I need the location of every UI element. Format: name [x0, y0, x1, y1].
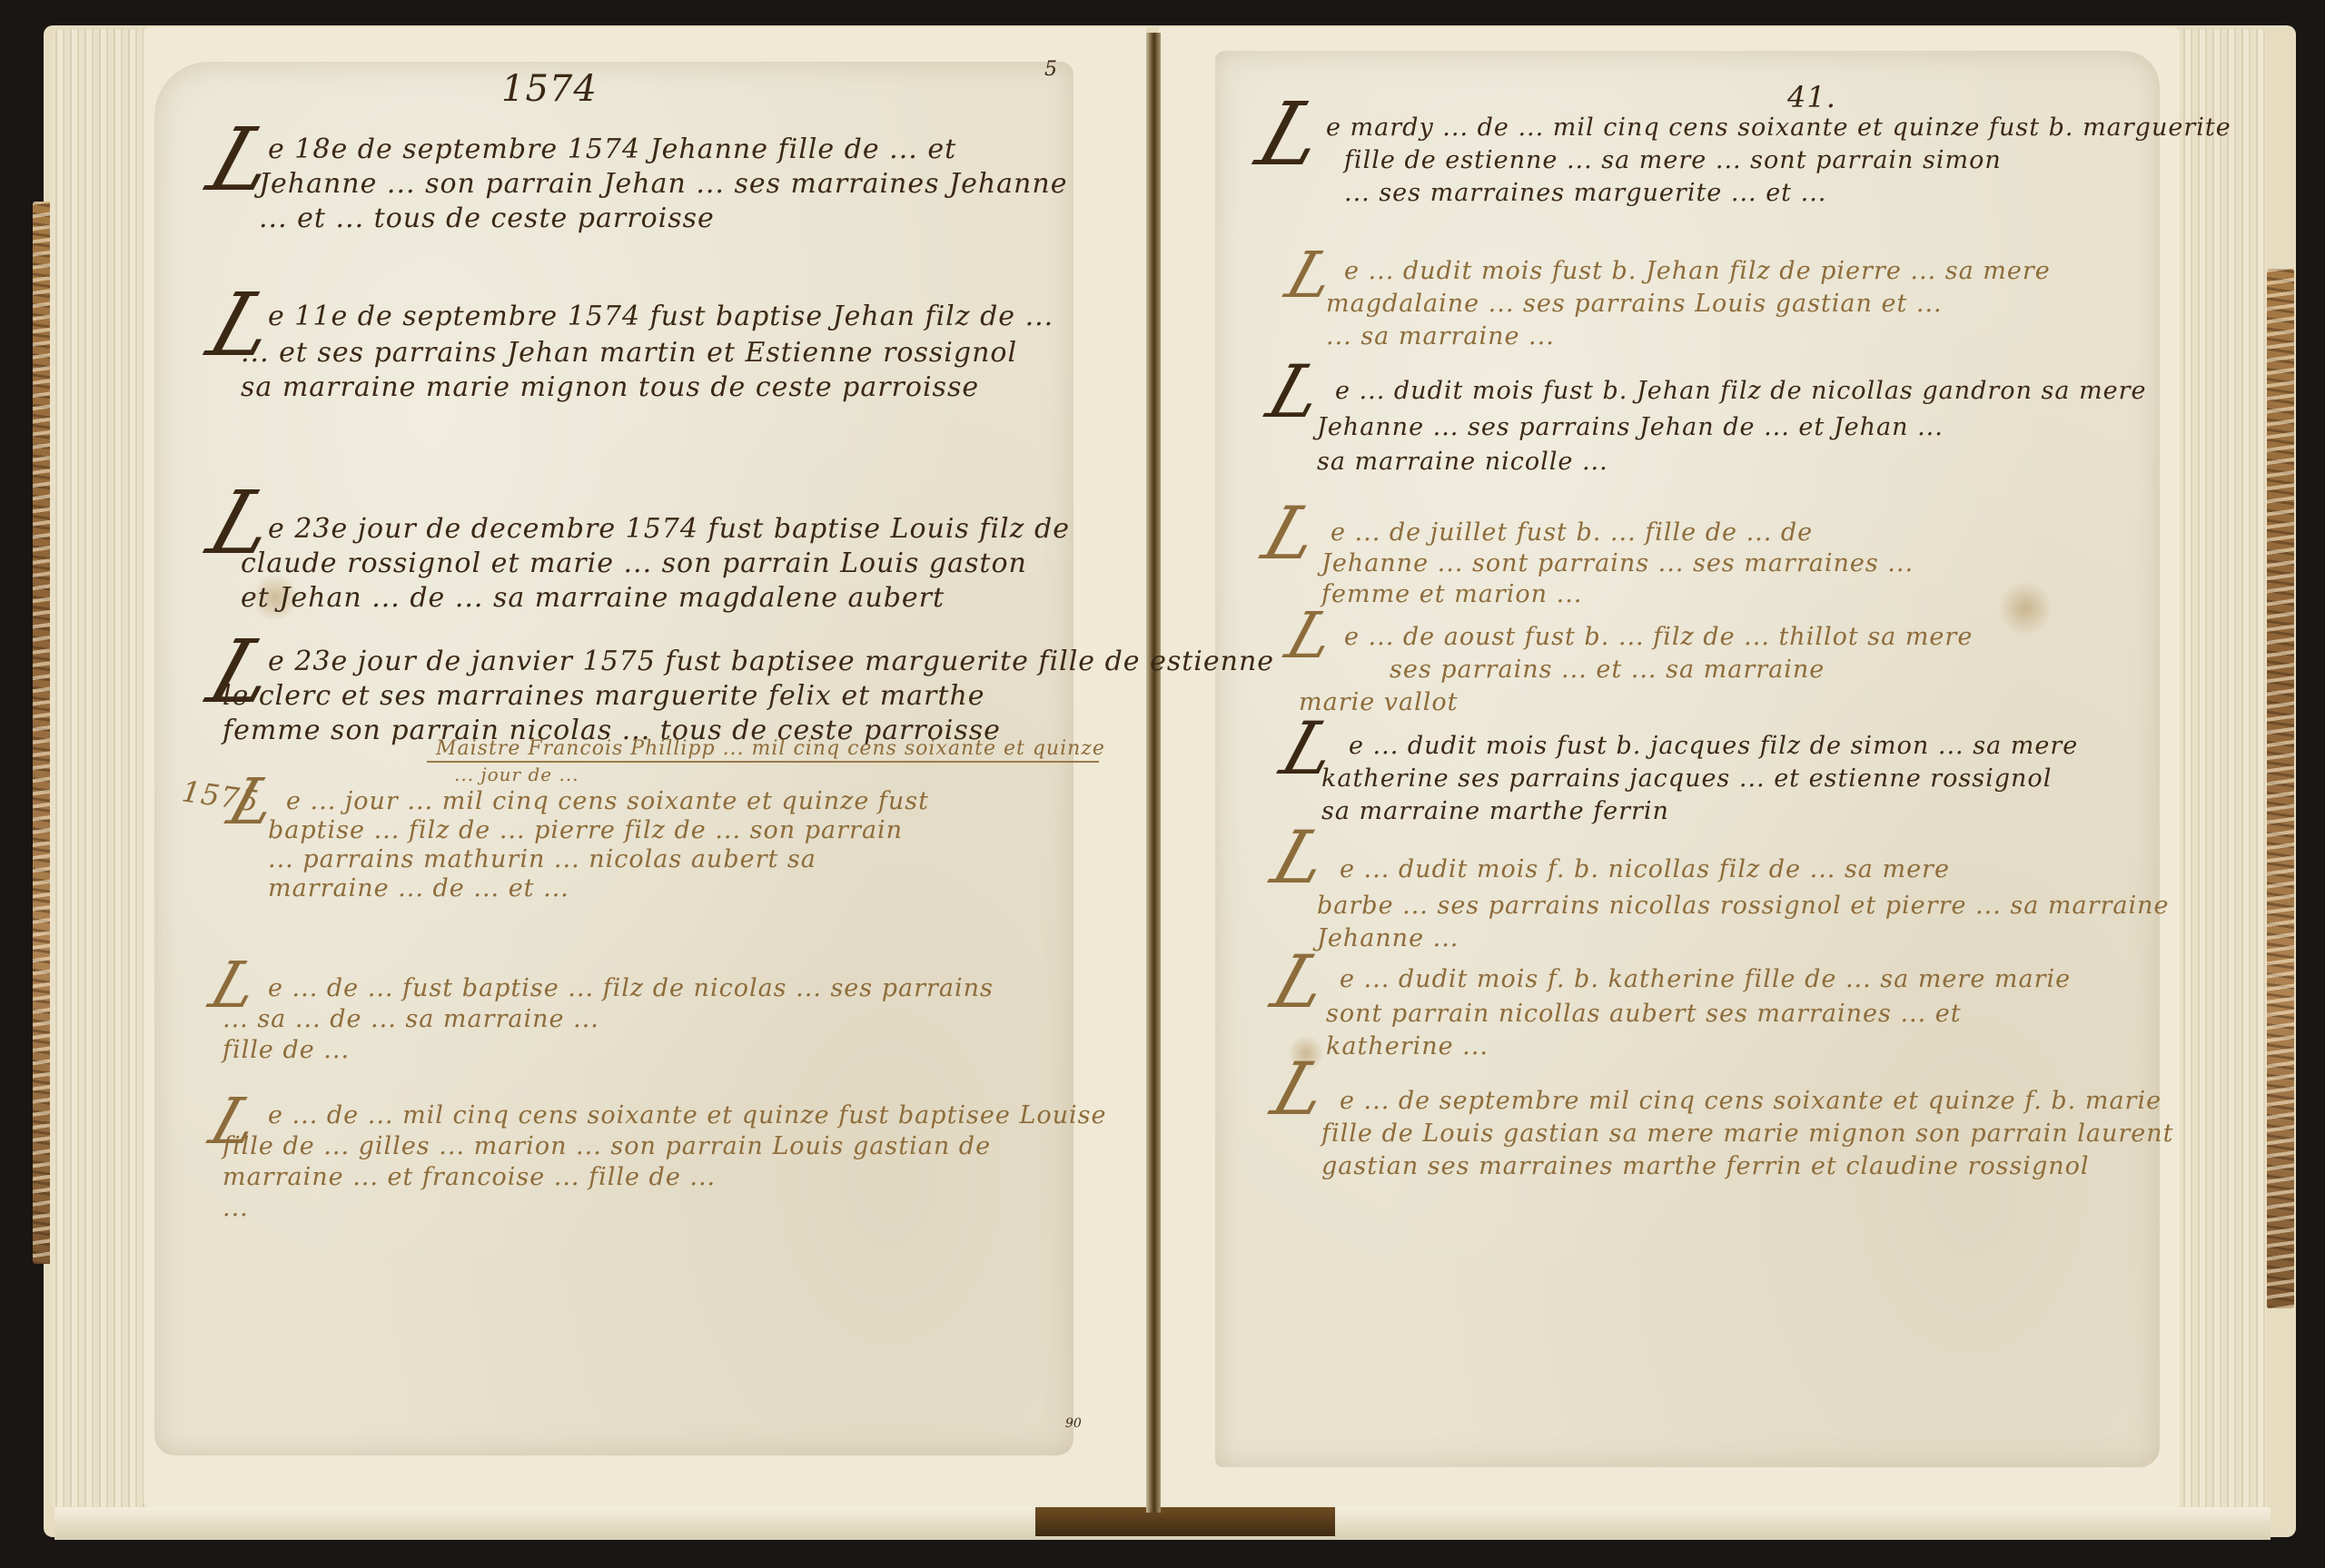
entry-line: le clerc et ses marraines marguerite fel… — [223, 681, 985, 712]
entry-line: ... parrains mathurin ... nicolas aubert… — [268, 844, 816, 875]
entry-line: femme et marion ... — [1321, 579, 1582, 610]
entry-line: e mardy ... de ... mil cinq cens soixant… — [1326, 113, 2231, 143]
entry-line: ... et ... tous de ceste parroisse — [259, 203, 715, 234]
page-number: 41. — [1787, 80, 1836, 114]
book-gutter — [1146, 33, 1161, 1513]
entry-line: magdalaine ... ses parrains Louis gastia… — [1326, 289, 1943, 320]
entry-line: katherine ... — [1326, 1031, 1489, 1062]
right-page-stack — [2178, 29, 2267, 1518]
entry-line: fille de Louis gastian sa mere marie mig… — [1321, 1119, 2174, 1149]
entry-line: baptise ... filz de ... pierre filz de .… — [268, 815, 903, 846]
entry-line: katherine ses parrains jacques ... et es… — [1321, 764, 2052, 794]
entry-line: fille de ... gilles ... marion ... son p… — [223, 1131, 991, 1162]
entry-line: e ... de aoust fust b. ... filz de ... t… — [1344, 622, 1973, 653]
entry-line: sa marraine marthe ferrin — [1321, 796, 1669, 827]
marginal-rule — [427, 761, 1099, 763]
entry-line: gastian ses marraines marthe ferrin et c… — [1321, 1151, 2090, 1182]
entry-line: e 23e jour de janvier 1575 fust baptisee… — [268, 646, 1274, 677]
entry-line: e 18e de septembre 1574 Jehanne fille de… — [268, 134, 956, 165]
entry-line: ... sa marraine ... — [1326, 321, 1555, 352]
entry-line: Jehanne ... — [1317, 923, 1459, 954]
entry-line: e ... jour ... mil cinq cens soixante et… — [286, 786, 929, 817]
right-marbled-edge — [2267, 269, 2294, 1308]
entry-line: e ... dudit mois fust b. Jehan filz de n… — [1335, 376, 2147, 407]
entry-line: e ... dudit mois fust b. jacques filz de… — [1349, 731, 2078, 762]
entry-line: Jehanne ... son parrain Jehan ... ses ma… — [259, 169, 1067, 200]
entry-line: et Jehan ... de ... sa marraine magdalen… — [241, 583, 945, 614]
entry-line: ... ses marraines marguerite ... et ... — [1344, 178, 1826, 209]
year-heading: 1574 — [501, 68, 598, 110]
footer-mark: 90 — [1065, 1416, 1082, 1431]
entry-line: Jehanne ... ses parrains Jehan de ... et… — [1317, 412, 1944, 443]
entry-line: ... et ses parrains Jehan martin et Esti… — [241, 338, 1017, 369]
entry-line: marraine ... et francoise ... fille de .… — [223, 1162, 716, 1193]
entry-line: sa marraine marie mignon tous de ceste p… — [241, 372, 979, 403]
entry-line: e ... de ... mil cinq cens soixante et q… — [268, 1100, 1107, 1131]
entry-line: marraine ... de ... et ... — [268, 873, 569, 904]
entry-line: ... — [223, 1193, 249, 1224]
entry-line: e ... dudit mois fust b. Jehan filz de p… — [1344, 256, 2051, 287]
entry-line: claude rossignol et marie ... son parrai… — [241, 548, 1027, 579]
entry-line: barbe ... ses parrains nicollas rossigno… — [1317, 891, 2170, 922]
entry-line: ... sa ... de ... sa marraine ... — [223, 1004, 599, 1035]
entry-line: fille de ... — [223, 1035, 350, 1066]
entry-line: Jehanne ... sont parrains ... ses marrai… — [1321, 548, 1914, 579]
entry-line: e ... de ... fust baptise ... filz de ni… — [268, 973, 994, 1004]
entry-line: e ... dudit mois f. b. katherine fille d… — [1340, 964, 2071, 995]
entry-line: sa marraine nicolle ... — [1317, 447, 1608, 478]
left-page-stack — [50, 29, 145, 1509]
bottom-spine-shadow — [1035, 1507, 1335, 1536]
entry-line: e 23e jour de decembre 1574 fust baptise… — [268, 514, 1070, 545]
entry-line: e ... de juillet fust b. ... fille de ..… — [1331, 518, 1813, 548]
corner-mark: 5 — [1044, 58, 1057, 81]
entry-line: e ... dudit mois f. b. nicollas filz de … — [1340, 854, 1950, 885]
entry-line: sont parrain nicollas aubert ses marrain… — [1326, 999, 1962, 1030]
entry-line: ... jour de ... — [454, 759, 579, 790]
entry-line: e ... de septembre mil cinq cens soixant… — [1340, 1086, 2162, 1117]
ink-stain — [1998, 581, 2053, 636]
entry-line: e 11e de septembre 1574 fust baptise Jeh… — [268, 301, 1054, 332]
entry-line: ses parrains ... et ... sa marraine — [1390, 655, 1825, 685]
entry-line: fille de estienne ... sa mere ... sont p… — [1344, 145, 2002, 176]
